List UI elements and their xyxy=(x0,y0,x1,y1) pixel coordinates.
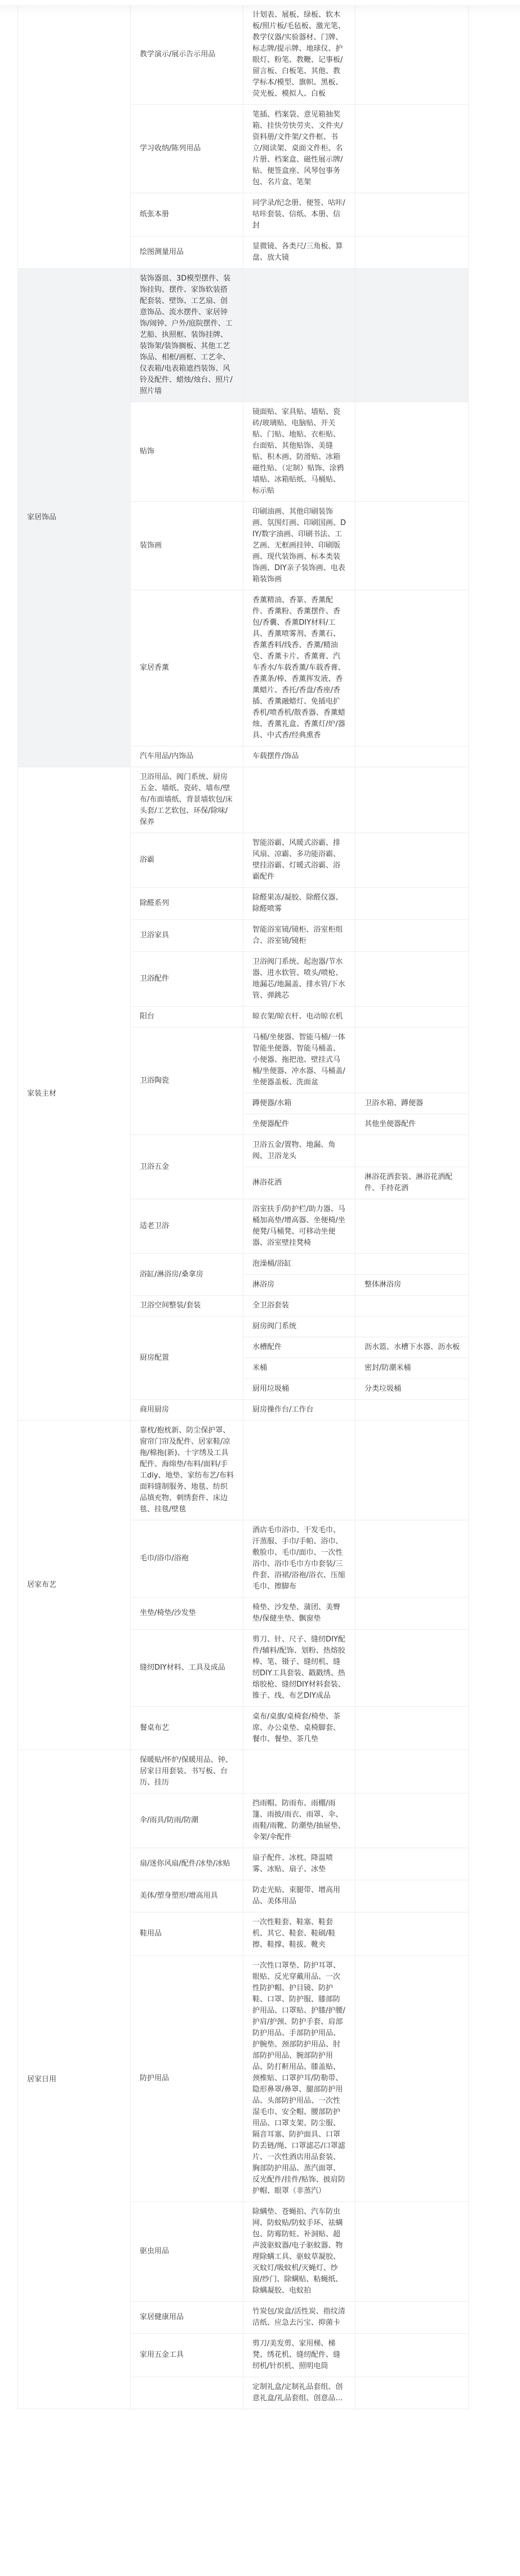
category-level3-cell: 桌布/桌旗/桌椅套/椅垫、茶席、办公桌垫、桌椅脚套、餐巾、餐垫、茶几垫 xyxy=(243,1707,355,1750)
category-level2-cell: 商用厨房 xyxy=(131,1400,243,1421)
category-level4-cell: 密封/防潮米桶 xyxy=(355,1358,469,1379)
category-level3-cell: 晾衣架/晾衣杆、电动晾衣机 xyxy=(243,1007,355,1027)
category-level3-cell: 马桶/坐便器、智能马桶/一体智能坐便器、智能马桶盖、小便器、拖把池、壁挂式马桶/… xyxy=(243,1027,355,1093)
category-level1-cell: 家居饰品 xyxy=(18,269,131,767)
category-level4-cell xyxy=(355,1296,469,1316)
category-level3-cell: 卫浴阀门系统、起泡器/节水器、进水软管、喷头/喷枪、地漏芯/地漏盖、排水管/下水… xyxy=(243,952,355,1007)
category-level3-cell: 计划表、展板、绿板、软木板/照片板/毛毡板、激光笔、教学仪器/实验器材、门牌、标… xyxy=(243,5,355,105)
category-level4-cell xyxy=(355,502,469,590)
category-level4-cell: 沥水篮、水槽下水器、沥水板 xyxy=(355,1337,469,1358)
category-level3-cell: 浴室扶手/防护栏/助力器、马桶加高垫/增高器、坐便椅/坐便凳/马桶凳、可移动坐便… xyxy=(243,1199,355,1254)
category-level3-cell: 同学录/纪念册、便签、咕咔/咕咔套装、信纸、本册、信封 xyxy=(243,193,355,237)
category-level4-cell xyxy=(355,1630,469,1707)
category-level2-cell: 浴缸/淋浴房/桑拿房 xyxy=(131,1254,243,1296)
category-level2-cell: 坐垫/椅垫/沙发垫 xyxy=(131,1598,243,1630)
category-level4-cell xyxy=(355,952,469,1007)
category-level4-cell xyxy=(355,1400,469,1421)
category-level2-cell: 除醛系列 xyxy=(131,888,243,920)
category-level2-cell: 贴饰 xyxy=(131,402,243,502)
category-level2-cell: 家居健康用品 xyxy=(131,2302,243,2334)
category-level4-cell: 淋浴花洒套装、淋浴花洒配件、手持花洒 xyxy=(355,1167,469,1199)
category-level3-cell: 厨房阀门系统 xyxy=(243,1316,355,1337)
table-row[interactable]: 居家布艺靠枕/抱枕新、防尘保护罩、窗帘门帘及配件、居家鞋/凉拖/棉拖(新)、十字… xyxy=(18,1421,469,1520)
category-table-body: 教学演示/展示告示用品计划表、展板、绿板、软木板/照片板/毛毡板、激光笔、教学仪… xyxy=(18,5,469,2409)
category-level4-cell xyxy=(355,1794,469,1848)
category-level3-cell xyxy=(243,269,355,402)
category-level3-cell: 蹲便器/水箱 xyxy=(243,1093,355,1114)
category-level3-cell: 厨用垃圾桶 xyxy=(243,1379,355,1400)
table-row[interactable]: 家居饰品装饰器皿、3D模型摆件、装饰挂钩、摆件、家饰软装搭配套装、壁饰、工艺扇、… xyxy=(18,269,469,402)
category-level4-cell xyxy=(355,1316,469,1337)
category-level2-cell: 适老卫浴 xyxy=(131,1199,243,1254)
category-level3-cell: 坐便器配件 xyxy=(243,1114,355,1135)
category-level3-cell: 卫浴五金/置物、地漏、角阀、卫浴龙头 xyxy=(243,1135,355,1167)
category-level4-cell xyxy=(355,920,469,952)
category-level2-cell: 缝纫DIY材料、工具及成品 xyxy=(131,1630,243,1707)
category-table: 教学演示/展示告示用品计划表、展板、绿板、软木板/照片板/毛毡板、激光笔、教学仪… xyxy=(17,5,469,2409)
category-level2-cell xyxy=(131,2377,243,2409)
category-level1-cell: 家装主材 xyxy=(18,767,131,1421)
category-level3-cell: 扇子配件、冰枕、降温喷雾、冰贴、扇子、冰垫 xyxy=(243,1848,355,1880)
category-level4-cell xyxy=(355,193,469,237)
category-level3-cell: 车载摆件/饰品 xyxy=(243,746,355,767)
category-level4-cell xyxy=(355,237,469,269)
category-level2-cell: 驱虫用品 xyxy=(131,2202,243,2302)
category-level4-cell: 其他坐便器配件 xyxy=(355,1114,469,1135)
category-level3-cell: 智能浴室镜/镜柜、浴室柜组合、浴室镜/镜柜 xyxy=(243,920,355,952)
category-level2-cell: 汽车用品/内饰品 xyxy=(131,746,243,767)
category-level3-cell xyxy=(243,1750,355,1794)
top-strip xyxy=(0,0,520,5)
category-level4-cell xyxy=(355,1880,469,1912)
category-level2-cell: 保暖贴/怀炉/保暖用品、钟、居家日用套装、书写板、台历、挂历 xyxy=(131,1750,243,1794)
category-level1-cell xyxy=(18,5,131,269)
category-level4-cell xyxy=(355,2302,469,2334)
category-level3-cell: 厨房操作台/工作台 xyxy=(243,1400,355,1421)
category-level2-cell: 厨房配置 xyxy=(131,1316,243,1400)
category-level2-cell: 防护用品 xyxy=(131,1956,243,2202)
category-level4-cell xyxy=(355,402,469,502)
category-level3-cell: 挡雨帽、防雨布、雨棚/雨篷、雨披/雨衣、雨罩、伞、雨鞋/雨靴、防潮垫/抽屉垫、伞… xyxy=(243,1794,355,1848)
category-level4-cell xyxy=(355,1007,469,1027)
category-level4-cell xyxy=(355,2334,469,2377)
category-level4-cell xyxy=(355,767,469,833)
category-level4-cell: 卫浴水箱、蹲便器 xyxy=(355,1093,469,1114)
category-level4-cell xyxy=(355,888,469,920)
category-level2-cell: 卫浴陶瓷 xyxy=(131,1027,243,1135)
category-level3-cell: 淋浴房 xyxy=(243,1275,355,1296)
category-level4-cell xyxy=(355,833,469,888)
category-level3-cell: 剪刀、针、尺子、缝纫DIY配件/辅料/配饰、划粉、热熔胶棒、笔、镊子、缝纫机、缝… xyxy=(243,1630,355,1707)
category-level4-cell: 分类垃圾桶 xyxy=(355,1379,469,1400)
table-row[interactable]: 教学演示/展示告示用品计划表、展板、绿板、软木板/照片板/毛毡板、激光笔、教学仪… xyxy=(18,5,469,105)
category-level2-cell: 装饰画 xyxy=(131,502,243,590)
category-level4-cell xyxy=(355,1956,469,2202)
category-level3-cell: 一次性鞋套、鞋塞、鞋套机、其它、鞋套、鞋刷/鞋擦、鞋撑、鞋拔、靴夹 xyxy=(243,1912,355,1956)
category-level2-cell: 绘图测量用品 xyxy=(131,237,243,269)
category-level2-cell: 餐桌布艺 xyxy=(131,1707,243,1750)
category-level4-cell xyxy=(355,5,469,105)
category-level4-cell xyxy=(355,1707,469,1750)
category-level4-cell xyxy=(355,1421,469,1520)
category-level4-cell xyxy=(355,1027,469,1093)
category-level3-cell: 印刷油画、其他印刷装饰画、氛围灯画、印刷国画、DIY/数字油画、印刷书法、工艺画… xyxy=(243,502,355,590)
category-level2-cell: 毛巾/浴巾/浴袍 xyxy=(131,1520,243,1598)
category-level4-cell xyxy=(355,746,469,767)
category-level2-cell: 扇/迷你风扇/配件/冰垫/冰贴 xyxy=(131,1848,243,1880)
category-level2-cell: 卫浴配件 xyxy=(131,952,243,1007)
category-level3-cell: 米桶 xyxy=(243,1358,355,1379)
category-level3-cell: 显微镜、各类尺/三角板、算盘、放大镜 xyxy=(243,237,355,269)
table-row[interactable]: 居家日用保暖贴/怀炉/保暖用品、钟、居家日用套装、书写板、台历、挂历 xyxy=(18,1750,469,1794)
category-level3-cell: 笔插、档案袋、意见箱抽奖箱、挂快劳快劳夹、文件夹/资料册/文件架/文件框、书立/… xyxy=(243,105,355,193)
category-level3-cell: 定制礼盒/定制礼品套组、创意礼盒/礼品套组、创意品… xyxy=(243,2377,355,2409)
category-level4-cell xyxy=(355,1848,469,1880)
category-level2-cell: 卫浴空间整装/套装 xyxy=(131,1296,243,1316)
category-level3-cell: 水槽配件 xyxy=(243,1337,355,1358)
category-level3-cell: 酒店毛巾浴巾、干发毛巾、汗蒸服、手巾/手帕、浴巾、敷脸巾、毛巾/面巾、一次性浴巾… xyxy=(243,1520,355,1598)
category-level3-cell: 镜面贴、家具贴、墙贴、瓷砖/玻璃贴、电脑贴、开关贴、门贴、地贴、衣柜贴、台面贴、… xyxy=(243,402,355,502)
category-level4-cell xyxy=(355,269,469,402)
category-level2-cell: 卫浴用品、阀门系统、厨房五金、墙纸、瓷砖、墙布/壁布/布面墙纸、背景墙软包/床头… xyxy=(131,767,243,833)
category-level4-cell xyxy=(355,2202,469,2302)
category-level4-cell xyxy=(355,1254,469,1275)
category-level3-cell: 除螨垫、苍蝇拍、汽车防虫网、防蚊贴/防蚊手环、祛螨包、防霉防蛀、补洞贴、超声波驱… xyxy=(243,2202,355,2302)
category-level3-cell: 除醛果冻/凝胶、除醛仪器、除醛喷雾 xyxy=(243,888,355,920)
category-level2-cell: 鞋用品 xyxy=(131,1912,243,1956)
category-level2-cell: 家用五金工具 xyxy=(131,2334,243,2377)
category-level2-cell: 浴霸 xyxy=(131,833,243,888)
category-level2-cell: 纸张本册 xyxy=(131,193,243,237)
category-level2-cell: 卫浴五金 xyxy=(131,1135,243,1199)
category-level1-cell: 居家日用 xyxy=(18,1750,131,2409)
category-level4-cell xyxy=(355,1750,469,1794)
category-level4-cell xyxy=(355,1520,469,1598)
category-level4-cell xyxy=(355,1135,469,1167)
category-level4-cell xyxy=(355,1598,469,1630)
category-level3-cell: 全卫浴套装 xyxy=(243,1296,355,1316)
category-level4-cell xyxy=(355,2377,469,2409)
category-level4-cell xyxy=(355,1912,469,1956)
category-level3-cell: 泡澡桶/浴缸 xyxy=(243,1254,355,1275)
category-level3-cell: 防走光贴、束腿带、增高用品、美体用品 xyxy=(243,1880,355,1912)
category-level2-cell: 装饰器皿、3D模型摆件、装饰挂钩、摆件、家饰软装搭配套装、壁饰、工艺扇、创意饰品… xyxy=(131,269,243,402)
category-level3-cell xyxy=(243,1421,355,1520)
category-level2-cell: 家居香薰 xyxy=(131,590,243,746)
category-level2-cell: 教学演示/展示告示用品 xyxy=(131,5,243,105)
category-level1-cell: 居家布艺 xyxy=(18,1421,131,1750)
category-level3-cell xyxy=(243,767,355,833)
category-level3-cell: 竹炭包/炭盒/活性炭、指纹清洁纸、应急去污宝、抑菌卡 xyxy=(243,2302,355,2334)
category-level4-cell xyxy=(355,105,469,193)
category-level3-cell: 智能浴霸、风暖式浴霸、排风扇、凉霸、多功能浴霸、壁挂浴霸、灯暖式浴霸、浴霸配件 xyxy=(243,833,355,888)
category-level2-cell: 卫浴家具 xyxy=(131,920,243,952)
category-level2-cell: 阳台 xyxy=(131,1007,243,1027)
category-level3-cell: 一次性口罩垫、防护耳罩、眼贴、反光穿戴用品、一次性防护帽、护目镜、防护鞋、口罩、… xyxy=(243,1956,355,2202)
category-level2-cell: 美体/塑身塑形/增高用具 xyxy=(131,1880,243,1912)
table-row[interactable]: 家装主材卫浴用品、阀门系统、厨房五金、墙纸、瓷砖、墙布/壁布/布面墙纸、背景墙软… xyxy=(18,767,469,833)
category-level2-cell: 伞/雨具/防雨/防潮 xyxy=(131,1794,243,1848)
category-level2-cell: 靠枕/抱枕新、防尘保护罩、窗帘门帘及配件、居家鞋/凉拖/棉拖(新)、十字绣及工具… xyxy=(131,1421,243,1520)
category-level2-cell: 学习收纳/陈列用品 xyxy=(131,105,243,193)
category-level3-cell: 香薰精油、香篆、香薰配件、香薰粉、香薰摆件、香包/香囊、香薰DIY材料/工具、香… xyxy=(243,590,355,746)
category-table-container: 教学演示/展示告示用品计划表、展板、绿板、软木板/照片板/毛毡板、激光笔、教学仪… xyxy=(17,5,468,2409)
category-level4-cell xyxy=(355,1199,469,1254)
category-level4-cell xyxy=(355,590,469,746)
category-level3-cell: 椅垫、沙发垫、蒲团、美臀垫/保健坐垫、飘窗垫 xyxy=(243,1598,355,1630)
category-level3-cell: 淋浴花洒 xyxy=(243,1167,355,1199)
category-level4-cell: 整体淋浴房 xyxy=(355,1275,469,1296)
category-level3-cell: 剪刀/美发剪、家用梯、梯凳、绣花机、缝纫配件、缝纫机/针织机、照明电筒 xyxy=(243,2334,355,2377)
